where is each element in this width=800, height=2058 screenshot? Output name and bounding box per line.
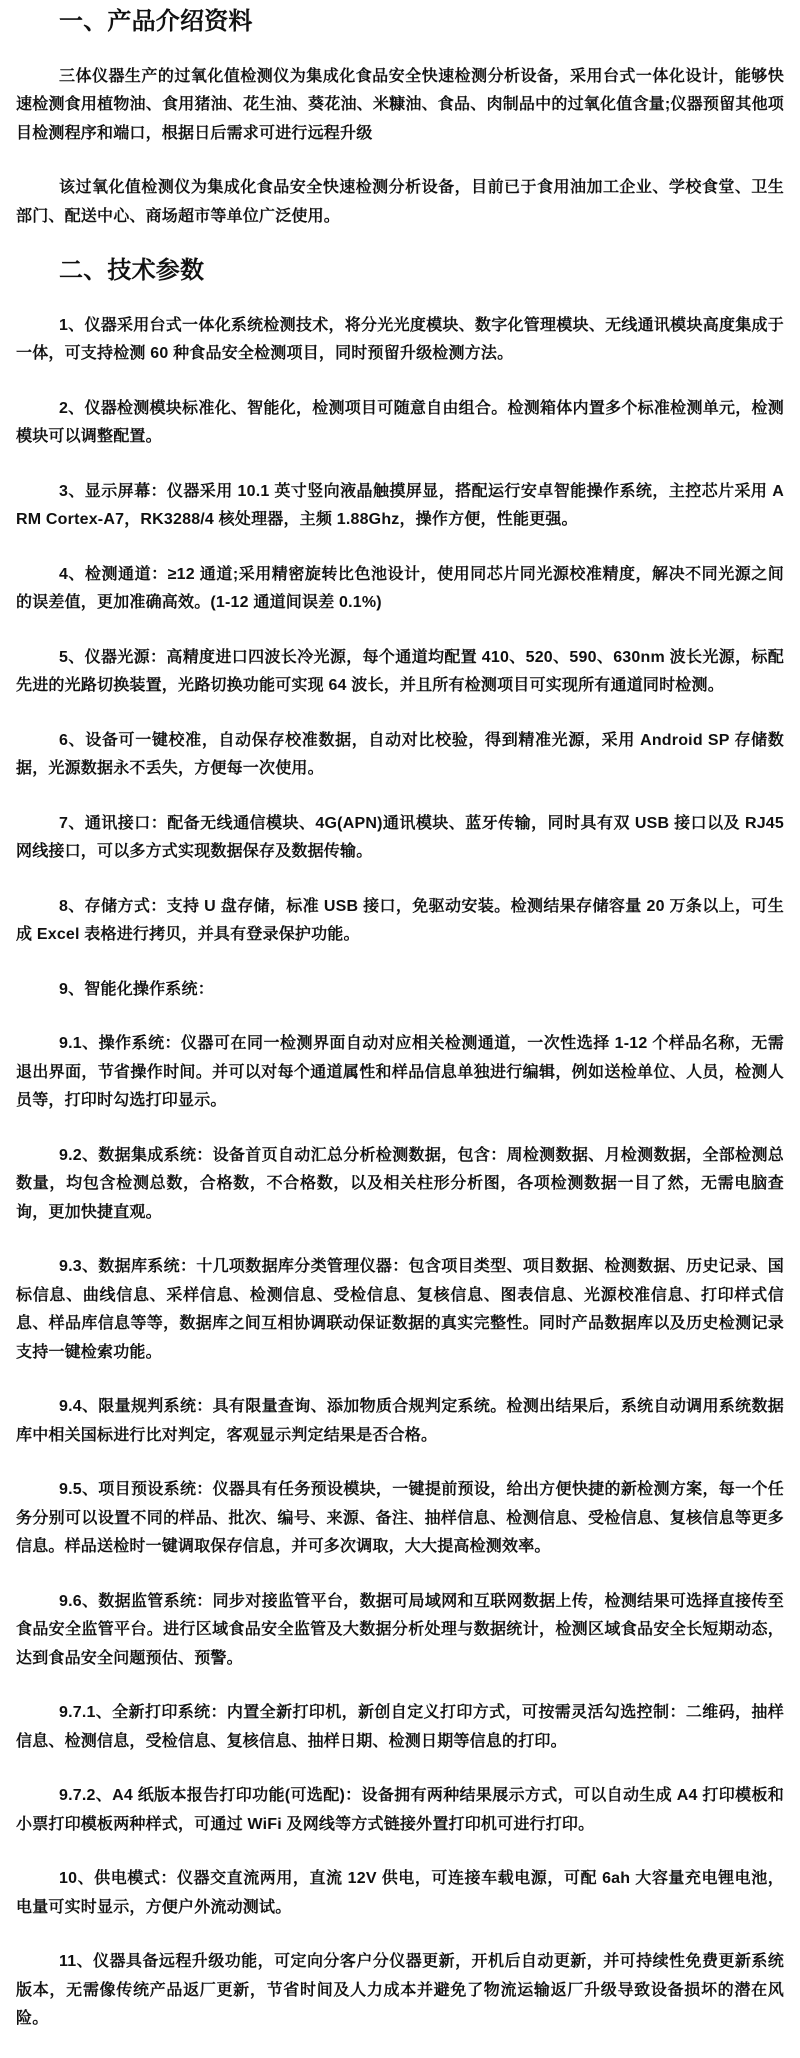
spec-9-6-data-supervision-system: 9.6、数据监管系统：同步对接监管平台，数据可局域网和互联网数据上传，检测结果可… [16,1588,784,1674]
spec-9-smart-operating-system: 9、智能化操作系统： [16,976,784,1005]
para-product-overview: 三体仪器生产的过氧化值检测仪为集成化食品安全快速检测分析设备，采用台式一体化设计… [16,63,784,149]
spec-5-light-source: 5、仪器光源：高精度进口四波长冷光源，每个通道均配置 410、520、590、6… [16,644,784,701]
spec-9-1-operating-system: 9.1、操作系统：仪器可在同一检测界面自动对应相关检测通道，一次性选择 1-12… [16,1030,784,1116]
spec-9-2-data-integration-system: 9.2、数据集成系统：设备首页自动汇总分析检测数据，包含：周检测数据、月检测数据… [16,1142,784,1228]
spec-7-communication-interface: 7、通讯接口：配备无线通信模块、4G(APN)通讯模块、蓝牙传输，同时具有双 U… [16,810,784,867]
heading-product-introduction: 一、产品介绍资料 [16,8,784,37]
spec-10-power-supply-mode: 10、供电模式：仪器交直流两用，直流 12V 供电，可连接车载电源，可配 6ah… [16,1865,784,1922]
spec-9-4-limit-judgment-system: 9.4、限量规判系统：具有限量查询、添加物质合规判定系统。检测出结果后，系统自动… [16,1393,784,1450]
heading-technical-parameters: 二、技术参数 [16,257,784,286]
document: 一、产品介绍资料 三体仪器生产的过氧化值检测仪为集成化食品安全快速检测分析设备，… [0,0,800,2058]
spec-8-storage-method: 8、存储方式：支持 U 盘存储，标准 USB 接口，免驱动安装。检测结果存储容量… [16,893,784,950]
spec-6-one-key-calibration: 6、设备可一键校准，自动保存校准数据，自动对比校验，得到精准光源，采用 Andr… [16,727,784,784]
spec-11-remote-upgrade: 11、仪器具备远程升级功能，可定向分客户分仪器更新，开机后自动更新，并可持续性免… [16,1948,784,2034]
spec-1-integrated-system: 1、仪器采用台式一体化系统检测技术，将分光光度模块、数字化管理模块、无线通讯模块… [16,312,784,369]
spec-9-7-1-printing-system: 9.7.1、全新打印系统：内置全新打印机，新创自定义打印方式，可按需灵活勾选控制… [16,1699,784,1756]
spec-3-display-screen: 3、显示屏幕：仪器采用 10.1 英寸竖向液晶触摸屏显，搭配运行安卓智能操作系统… [16,478,784,535]
spec-2-module-standardization: 2、仪器检测模块标准化、智能化，检测项目可随意自由组合。检测箱体内置多个标准检测… [16,395,784,452]
spec-9-3-database-system: 9.3、数据库系统：十几项数据库分类管理仪器：包含项目类型、项目数据、检测数据、… [16,1253,784,1367]
spec-9-7-2-a4-report-printing: 9.7.2、A4 纸版本报告打印功能(可选配)：设备拥有两种结果展示方式，可以自… [16,1782,784,1839]
para-product-usage: 该过氧化值检测仪为集成化食品安全快速检测分析设备，目前已于食用油加工企业、学校食… [16,174,784,231]
spec-9-5-project-preset-system: 9.5、项目预设系统：仪器具有任务预设模块，一键提前预设，给出方便快捷的新检测方… [16,1476,784,1562]
spec-4-detection-channels: 4、检测通道：≥12 通道;采用精密旋转比色池设计，使用同芯片同光源校准精度，解… [16,561,784,618]
